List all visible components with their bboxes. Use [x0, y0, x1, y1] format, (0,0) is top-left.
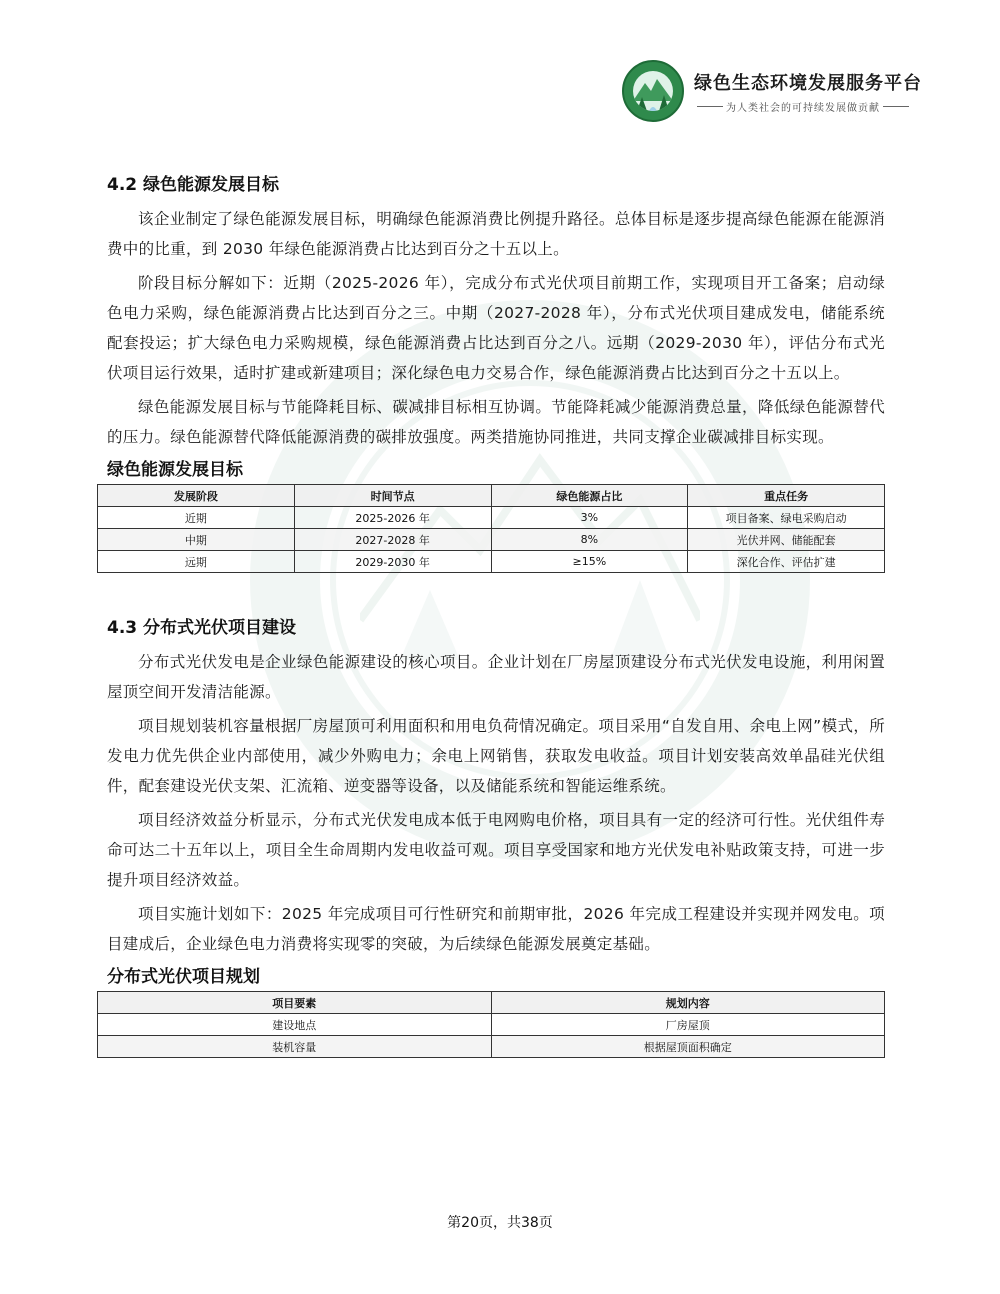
table-cell: 厂房屋顶 — [491, 1014, 885, 1036]
table-row: 建设地点 厂房屋顶 — [98, 1014, 885, 1036]
column-header: 发展阶段 — [98, 485, 295, 507]
table-row: 中期 2027-2028 年 8% 光伏并网、储能配套 — [98, 529, 885, 551]
table-cell: 远期 — [98, 551, 295, 573]
table-title: 分布式光伏项目规划 — [107, 963, 885, 991]
table-cell: 近期 — [98, 507, 295, 529]
table-header-row: 项目要素 规划内容 — [98, 992, 885, 1014]
page-number: 第20页，共38页 — [0, 1212, 1000, 1232]
page-header: 绿色生态环境发展服务平台 为人类社会的可持续发展做贡献 — [622, 60, 922, 122]
table-cell: ≥15% — [491, 551, 688, 573]
document-body: 4.2 绿色能源发展目标 该企业制定了绿色能源发展目标，明确绿色能源消费比例提升… — [107, 170, 885, 1058]
table-cell: 建设地点 — [98, 1014, 492, 1036]
brand-title: 绿色生态环境发展服务平台 — [694, 69, 922, 95]
table-cell: 装机容量 — [98, 1036, 492, 1058]
column-header: 重点任务 — [688, 485, 885, 507]
eco-platform-logo-icon — [622, 60, 684, 122]
pv-project-plan-table: 项目要素 规划内容 建设地点 厂房屋顶 装机容量 根据屋顶面积确定 — [97, 991, 885, 1058]
column-header: 规划内容 — [491, 992, 885, 1014]
table-cell: 8% — [491, 529, 688, 551]
table-cell: 中期 — [98, 529, 295, 551]
table-header-row: 发展阶段 时间节点 绿色能源占比 重点任务 — [98, 485, 885, 507]
table-cell: 根据屋顶面积确定 — [491, 1036, 885, 1058]
table-cell: 项目备案、绿电采购启动 — [688, 507, 885, 529]
divider — [697, 106, 723, 107]
paragraph: 项目实施计划如下：2025 年完成项目可行性研究和前期审批，2026 年完成工程… — [107, 899, 885, 959]
table-cell: 3% — [491, 507, 688, 529]
brand-subtitle: 为人类社会的可持续发展做贡献 — [694, 99, 922, 114]
table-row: 装机容量 根据屋顶面积确定 — [98, 1036, 885, 1058]
column-header: 项目要素 — [98, 992, 492, 1014]
paragraph: 该企业制定了绿色能源发展目标，明确绿色能源消费比例提升路径。总体目标是逐步提高绿… — [107, 204, 885, 264]
table-row: 远期 2029-2030 年 ≥15% 深化合作、评估扩建 — [98, 551, 885, 573]
table-cell: 深化合作、评估扩建 — [688, 551, 885, 573]
paragraph: 项目经济效益分析显示，分布式光伏发电成本低于电网购电价格，项目具有一定的经济可行… — [107, 805, 885, 895]
table-title: 绿色能源发展目标 — [107, 456, 885, 484]
table-cell: 2029-2030 年 — [294, 551, 491, 573]
table-cell: 2025-2026 年 — [294, 507, 491, 529]
divider — [883, 106, 909, 107]
table-cell: 光伏并网、储能配套 — [688, 529, 885, 551]
brand-subtitle-text: 为人类社会的可持续发展做贡献 — [726, 99, 880, 114]
paragraph: 阶段目标分解如下：近期（2025-2026 年），完成分布式光伏项目前期工作，实… — [107, 268, 885, 388]
paragraph: 项目规划装机容量根据厂房屋顶可利用面积和用电负荷情况确定。项目采用“自发自用、余… — [107, 711, 885, 801]
table-cell: 2027-2028 年 — [294, 529, 491, 551]
column-header: 时间节点 — [294, 485, 491, 507]
green-energy-goals-table: 发展阶段 时间节点 绿色能源占比 重点任务 近期 2025-2026 年 3% … — [97, 484, 885, 573]
table-row: 近期 2025-2026 年 3% 项目备案、绿电采购启动 — [98, 507, 885, 529]
section-heading-4-3: 4.3 分布式光伏项目建设 — [107, 613, 885, 643]
paragraph: 分布式光伏发电是企业绿色能源建设的核心项目。企业计划在厂房屋顶建设分布式光伏发电… — [107, 647, 885, 707]
paragraph: 绿色能源发展目标与节能降耗目标、碳减排目标相互协调。节能降耗减少能源消费总量，降… — [107, 392, 885, 452]
column-header: 绿色能源占比 — [491, 485, 688, 507]
section-heading-4-2: 4.2 绿色能源发展目标 — [107, 170, 885, 200]
